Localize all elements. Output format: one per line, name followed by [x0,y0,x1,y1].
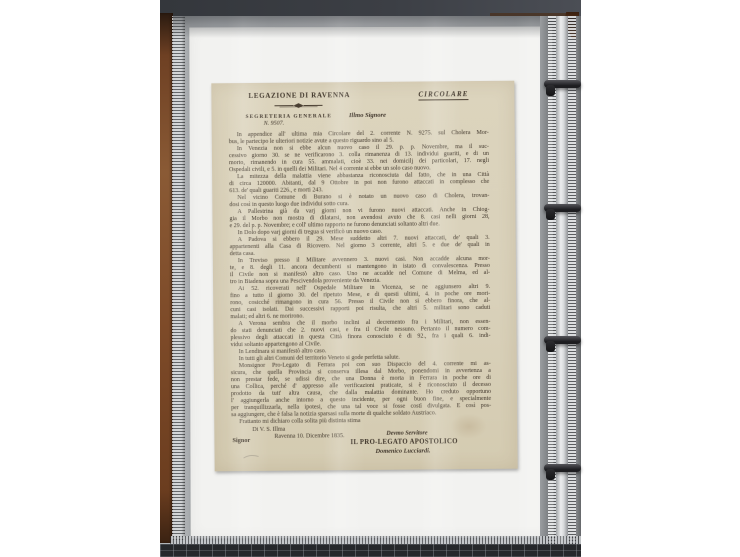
binder-ring [544,80,581,88]
album-photo: LEGAZIONE DI RAVENNA CIRCOLARE SEGRETERI… [160,0,581,557]
binder-ring [544,464,581,472]
pencil-mark [243,453,261,460]
signature-title: IL PRO-LEGATO APOSTOLICO [350,438,457,446]
photo-page: LEGAZIONE DI RAVENNA CIRCOLARE SEGRETERI… [0,0,740,557]
document-header: LEGAZIONE DI RAVENNA CIRCOLARE [248,90,468,102]
header-flourish-icon [273,102,323,108]
binder-ring [544,204,581,212]
cutting-mat-ruler [160,544,581,557]
binder-ring [544,336,581,344]
signature-servant-line: Devmo Servitore [386,430,427,436]
signature-name: Domenico Lucciardi. [376,447,431,454]
addressee-label: Signor [232,437,250,444]
sleeve-serrated-edge-left [172,16,185,540]
office-label: SEGRETERIA GENERALE [246,113,332,120]
issuer-title: LEGAZIONE DI RAVENNA [248,91,350,100]
document-type-label: CIRCOLARE [418,90,468,100]
printed-circular: LEGAZIONE DI RAVENNA CIRCOLARE SEGRETERI… [211,81,517,472]
protocol-number: N. 9507. [264,119,515,127]
document-body: In appendice all' ultima mia Circolare d… [229,130,492,426]
salutation: Illmo Signore [349,112,386,119]
